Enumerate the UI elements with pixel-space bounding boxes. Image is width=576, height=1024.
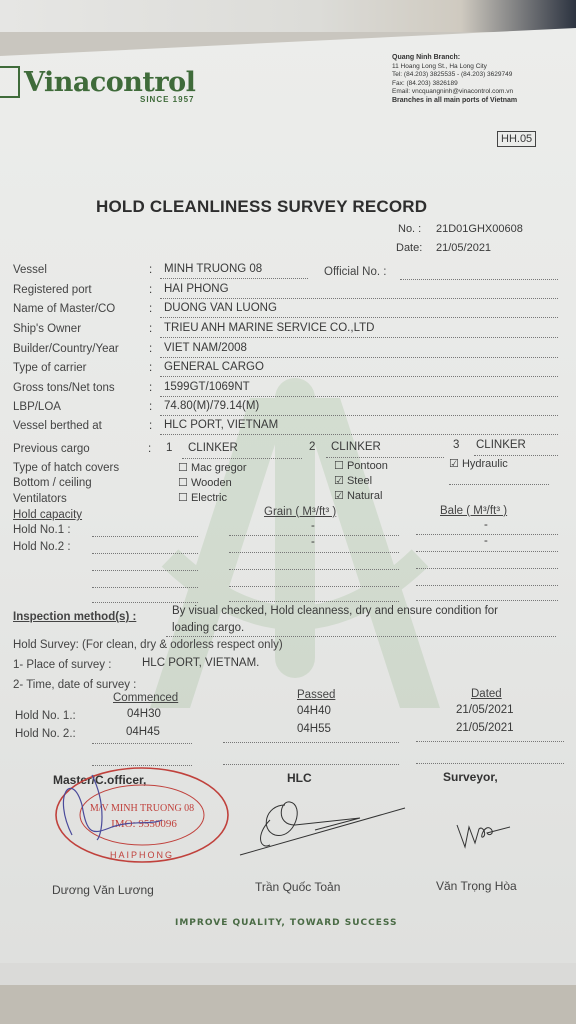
survey-hold-1-label: Hold No. 1.: bbox=[15, 710, 76, 722]
vessel-field-line bbox=[160, 376, 558, 377]
colon: : bbox=[149, 264, 152, 276]
blank-line bbox=[416, 741, 564, 742]
survey-hold-1-dated: 21/05/2021 bbox=[456, 704, 514, 716]
svg-text:IMO: 9550096: IMO: 9550096 bbox=[111, 818, 177, 830]
hold-1-grain: - bbox=[311, 520, 315, 532]
bale-header: Bale ( M³/ft³ ) bbox=[440, 505, 507, 517]
vinacontrol-logo: Vinacontrol bbox=[0, 66, 195, 98]
company-since: SINCE 1957 bbox=[140, 95, 194, 104]
previous-cargo-label: Previous cargo bbox=[13, 443, 90, 455]
document-title: HOLD CLEANLINESS SURVEY RECORD bbox=[96, 197, 427, 217]
vessel-field-label: Builder/Country/Year bbox=[13, 343, 119, 355]
cargo-3-value: CLINKER bbox=[476, 439, 526, 451]
branch-fax: Fax: (84.203) 3826189 bbox=[392, 80, 517, 89]
hold-capacity-label: Hold capacity bbox=[13, 509, 82, 521]
checkbox-hydraulic[interactable]: ☑ Hydraulic bbox=[449, 457, 508, 470]
hold-survey-intro: Hold Survey: (For clean, dry & odorless … bbox=[13, 639, 283, 651]
blank-line bbox=[416, 585, 558, 586]
unchecked-box-icon: ☐ bbox=[178, 492, 188, 504]
surveyor-signature-title: Surveyor, bbox=[443, 770, 498, 784]
inspection-method-line1: By visual checked, Hold cleanness, dry a… bbox=[172, 605, 498, 617]
vessel-field-value: TRIEU ANH MARINE SERVICE CO.,LTD bbox=[164, 322, 374, 334]
blank-line bbox=[92, 570, 198, 571]
colon: : bbox=[149, 362, 152, 374]
survey-hold-2-commenced: 04H45 bbox=[126, 726, 160, 738]
checked-box-icon: ☑ bbox=[334, 475, 344, 487]
master-name: Dương Văn Lương bbox=[52, 883, 154, 897]
vessel-field-line bbox=[160, 298, 558, 299]
option-label: Steel bbox=[347, 475, 372, 487]
inspection-method-line2: loading cargo. bbox=[172, 622, 244, 634]
vessel-field-line bbox=[160, 317, 558, 318]
cargo-1-line bbox=[182, 458, 302, 459]
vessel-field-line bbox=[160, 278, 308, 279]
official-no-field bbox=[400, 279, 558, 280]
blank-line bbox=[416, 600, 558, 601]
vessel-field-label: Gross tons/Net tons bbox=[13, 382, 115, 394]
colon: : bbox=[149, 382, 152, 394]
scales-icon bbox=[0, 66, 20, 98]
record-date-label: Date: bbox=[396, 242, 422, 254]
branch-tel: Tel: (84.203) 3825535 - (84.203) 3629749 bbox=[392, 71, 517, 80]
unchecked-box-icon: ☐ bbox=[334, 460, 344, 472]
cargo-1-num: 1 bbox=[166, 442, 172, 454]
blank-line bbox=[229, 569, 399, 570]
grain-header: Grain ( M³/ft³ ) bbox=[264, 506, 336, 518]
vessel-field-value: HLC PORT, VIETNAM bbox=[164, 419, 278, 431]
vessel-field-label: Ship's Owner bbox=[13, 323, 81, 335]
cargo-3-line bbox=[474, 455, 558, 456]
vessel-field-label: Registered port bbox=[13, 284, 92, 296]
branch-address: 11 Hoang Long St., Ha Long City bbox=[392, 63, 517, 72]
colon: : bbox=[149, 401, 152, 413]
option-label: Wooden bbox=[191, 477, 232, 489]
hold-2-grain-line bbox=[229, 552, 399, 553]
checkbox-wooden[interactable]: ☐ Wooden bbox=[178, 476, 232, 489]
unchecked-box-icon: ☐ bbox=[178, 462, 188, 474]
blank-line bbox=[92, 602, 198, 603]
passed-header: Passed bbox=[297, 689, 335, 701]
survey-hold-2-dated: 21/05/2021 bbox=[456, 722, 514, 734]
blank-line bbox=[223, 742, 399, 743]
colon: : bbox=[148, 443, 151, 455]
cargo-2-num: 2 bbox=[309, 441, 315, 453]
hold-2-grain: - bbox=[311, 536, 315, 548]
blank-line bbox=[229, 601, 399, 602]
checked-box-icon: ☑ bbox=[449, 458, 459, 470]
cargo-3-num: 3 bbox=[453, 439, 459, 451]
blank-line bbox=[229, 586, 399, 587]
official-no-label: Official No. : bbox=[324, 266, 386, 278]
option-label: Mac gregor bbox=[191, 462, 247, 474]
hatch-extra-line bbox=[449, 484, 549, 485]
svg-text:HAIPHONG: HAIPHONG bbox=[110, 850, 174, 860]
checkbox-steel[interactable]: ☑ Steel bbox=[334, 474, 372, 487]
vessel-field-value: 74.80(M)/79.14(M) bbox=[164, 400, 259, 412]
hold-2-bale: - bbox=[484, 535, 488, 547]
blank-line bbox=[416, 568, 558, 569]
commenced-header: Commenced bbox=[113, 692, 178, 704]
cargo-2-value: CLINKER bbox=[331, 441, 381, 453]
option-label: Pontoon bbox=[347, 460, 388, 472]
place-of-survey-label: 1- Place of survey : bbox=[13, 659, 111, 671]
vessel-field-line bbox=[160, 337, 558, 338]
unchecked-box-icon: ☐ bbox=[178, 477, 188, 489]
ventilators-label: Ventilators bbox=[13, 493, 67, 505]
vessel-field-label: LBP/LOA bbox=[13, 401, 61, 413]
hold-2-capacity-label: Hold No.2 : bbox=[13, 541, 71, 553]
branch-email: Email: vncquangninh@vinacontrol.com.vn bbox=[392, 88, 517, 97]
blank-line bbox=[223, 764, 399, 765]
colon: : bbox=[149, 343, 152, 355]
time-of-survey-label: 2- Time, date of survey : bbox=[13, 679, 136, 691]
blank-line bbox=[92, 587, 198, 588]
colon: : bbox=[149, 420, 152, 432]
colon: : bbox=[149, 284, 152, 296]
vessel-field-value: VIET NAM/2008 bbox=[164, 342, 247, 354]
bottom-ceiling-label: Bottom / ceiling bbox=[13, 477, 92, 489]
branch-note: Branches in all main ports of Vietnam bbox=[392, 97, 517, 104]
checkbox-electric[interactable]: ☐ Electric bbox=[178, 491, 227, 504]
vessel-field-label: Type of carrier bbox=[13, 362, 87, 374]
company-name: Vinacontrol bbox=[24, 67, 195, 98]
vessel-field-value: DUONG VAN LUONG bbox=[164, 302, 277, 314]
checkbox-mac-gregor[interactable]: ☐ Mac gregor bbox=[178, 461, 247, 474]
vessel-field-value: GENERAL CARGO bbox=[164, 361, 264, 373]
dated-header: Dated bbox=[471, 688, 502, 700]
table-surface bbox=[0, 985, 576, 1024]
vessel-field-line bbox=[160, 415, 558, 416]
vessel-field-line bbox=[160, 357, 558, 358]
survey-hold-2-label: Hold No. 2.: bbox=[15, 728, 76, 740]
colon: : bbox=[149, 303, 152, 315]
cargo-1-value: CLINKER bbox=[188, 442, 238, 454]
blank-line bbox=[416, 763, 564, 764]
survey-hold-2-passed: 04H55 bbox=[297, 723, 331, 735]
option-label: Natural bbox=[347, 490, 382, 502]
hlc-name: Trần Quốc Toản bbox=[255, 880, 340, 894]
svg-text:M/V MINH TRUONG 08: M/V MINH TRUONG 08 bbox=[90, 803, 194, 814]
checked-box-icon: ☑ bbox=[334, 490, 344, 502]
inspection-line bbox=[166, 636, 556, 637]
option-label: Electric bbox=[191, 492, 227, 504]
surveyor-name: Văn Trọng Hòa bbox=[436, 879, 517, 893]
surveyor-signature-icon bbox=[455, 815, 515, 855]
vessel-field-value: HAI PHONG bbox=[164, 283, 229, 295]
record-no-label: No. : bbox=[398, 223, 421, 235]
colon: : bbox=[149, 323, 152, 335]
inspection-method-label: Inspection method(s) : bbox=[13, 611, 136, 623]
vessel-field-label: Vessel berthed at bbox=[13, 420, 102, 432]
hold-2-bale-line bbox=[416, 551, 558, 552]
hold-1-bale: - bbox=[484, 519, 488, 531]
option-label: Hydraulic bbox=[462, 458, 508, 470]
form-code: HH.05 bbox=[497, 131, 536, 147]
hold-1-capacity-label: Hold No.1 : bbox=[13, 524, 71, 536]
vessel-field-label: Vessel bbox=[13, 264, 47, 276]
survey-hold-1-commenced: 04H30 bbox=[127, 708, 161, 720]
place-of-survey-value: HLC PORT, VIETNAM. bbox=[142, 657, 259, 669]
cargo-2-line bbox=[326, 457, 444, 458]
branch-info: Quang Ninh Branch: 11 Hoang Long St., Ha… bbox=[392, 54, 517, 106]
company-stamp-icon: M/V MINH TRUONG 08 IMO: 9550096 HAIPHONG bbox=[52, 765, 230, 865]
vessel-field-value: 1599GT/1069NT bbox=[164, 381, 250, 393]
hlc-signature-title: HLC bbox=[287, 771, 312, 785]
hlc-signature-icon bbox=[235, 790, 415, 860]
vessel-field-line bbox=[160, 396, 558, 397]
branch-title: Quang Ninh Branch: bbox=[392, 54, 460, 61]
vessel-field-line bbox=[160, 434, 558, 435]
checkbox-natural[interactable]: ☑ Natural bbox=[334, 489, 382, 502]
vessel-field-label: Name of Master/CO bbox=[13, 303, 115, 315]
company-slogan: IMPROVE QUALITY, TOWARD SUCCESS bbox=[175, 918, 397, 928]
record-date-value: 21/05/2021 bbox=[436, 242, 491, 254]
survey-hold-1-passed: 04H40 bbox=[297, 705, 331, 717]
background-surface bbox=[0, 0, 576, 32]
hold-2-capacity-field bbox=[92, 553, 198, 554]
hatch-covers-label: Type of hatch covers bbox=[13, 462, 119, 474]
hold-1-capacity-field bbox=[92, 536, 198, 537]
vessel-field-value: MINH TRUONG 08 bbox=[164, 263, 262, 275]
blank-line bbox=[92, 743, 192, 744]
checkbox-pontoon[interactable]: ☐ Pontoon bbox=[334, 459, 388, 472]
record-no-value: 21D01GHX00608 bbox=[436, 223, 523, 235]
